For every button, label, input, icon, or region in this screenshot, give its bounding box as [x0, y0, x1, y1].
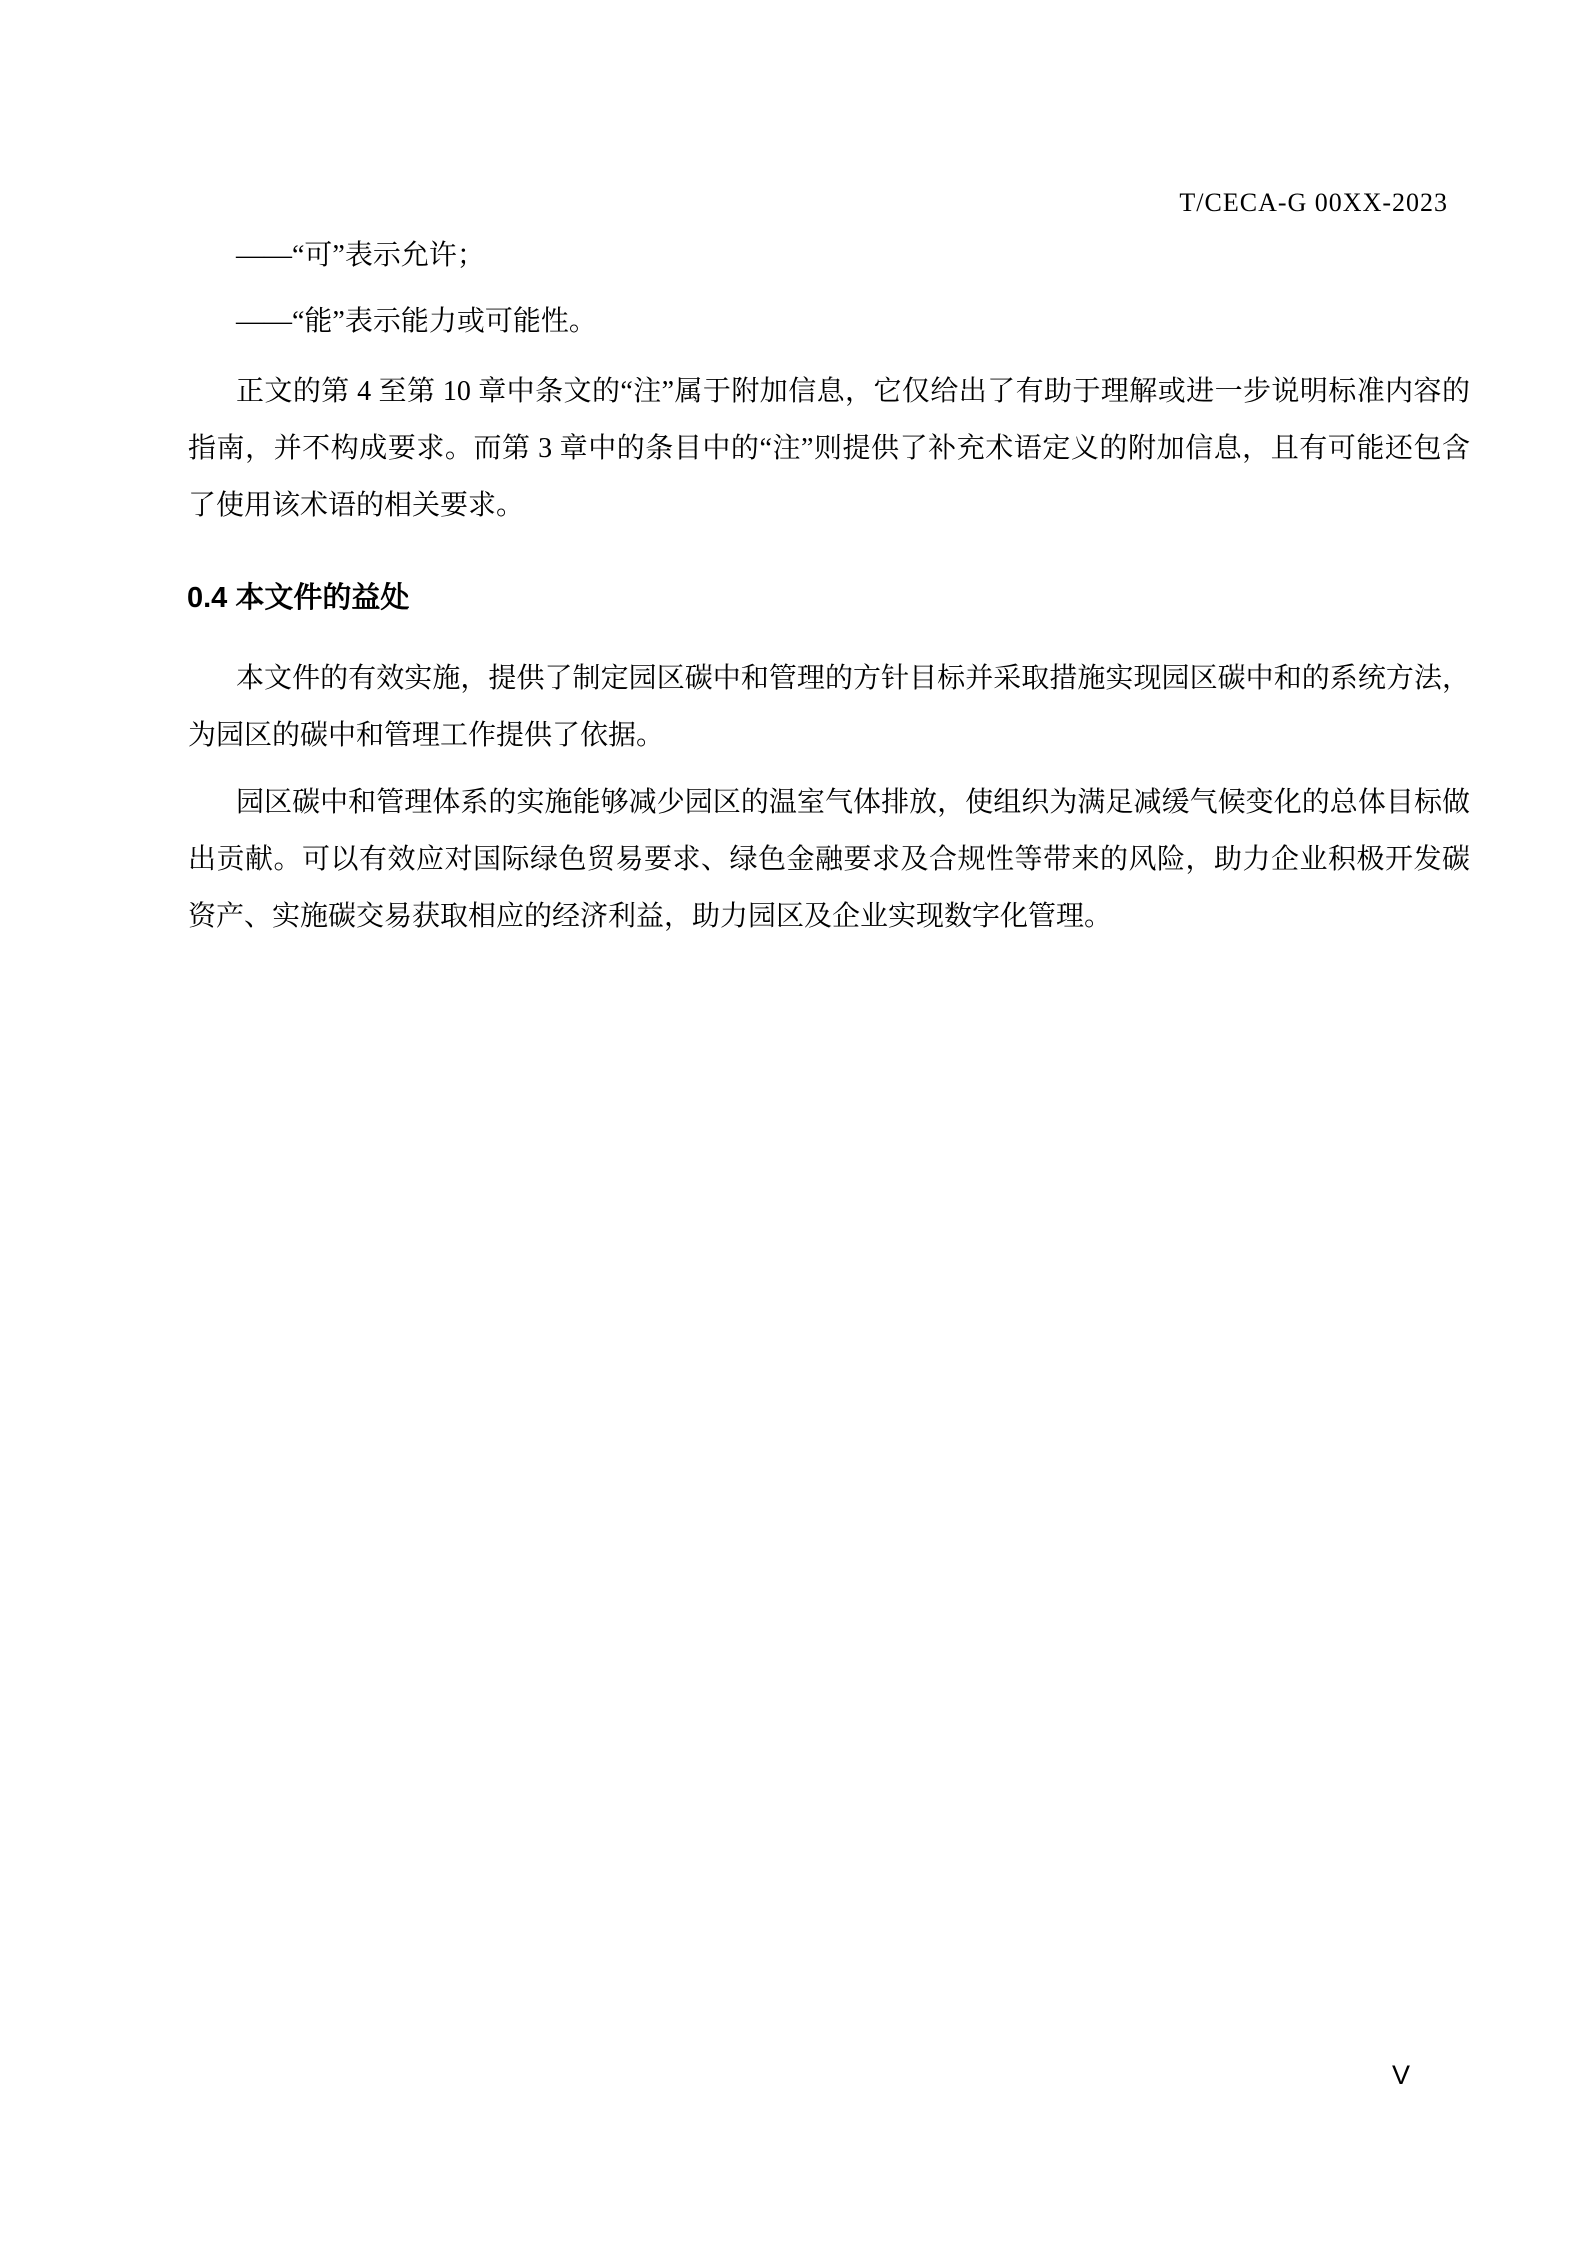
- paragraph-benefit-implementation: 本文件的有效实施，提供了制定园区碳中和管理的方针目标并采取措施实现园区碳中和的系…: [188, 650, 1470, 764]
- page-number: V: [1392, 2060, 1410, 2090]
- list-item-ke: ——“可”表示允许；: [188, 227, 1470, 284]
- document-page: T/CECA-G 00XX-2023 ——“可”表示允许； ——“能”表示能力或…: [0, 0, 1588, 2245]
- document-code-header: T/CECA-G 00XX-2023: [0, 188, 1448, 218]
- section-heading-0-4: 0.4 本文件的益处: [187, 570, 1469, 627]
- list-item-neng: ——“能”表示能力或可能性。: [188, 293, 1470, 350]
- paragraph-benefit-system: 园区碳中和管理体系的实施能够减少园区的温室气体排放，使组织为满足减缓气候变化的总…: [188, 774, 1470, 945]
- paragraph-note-explanation: 正文的第 4 至第 10 章中条文的“注”属于附加信息，它仅给出了有助于理解或进…: [188, 363, 1470, 534]
